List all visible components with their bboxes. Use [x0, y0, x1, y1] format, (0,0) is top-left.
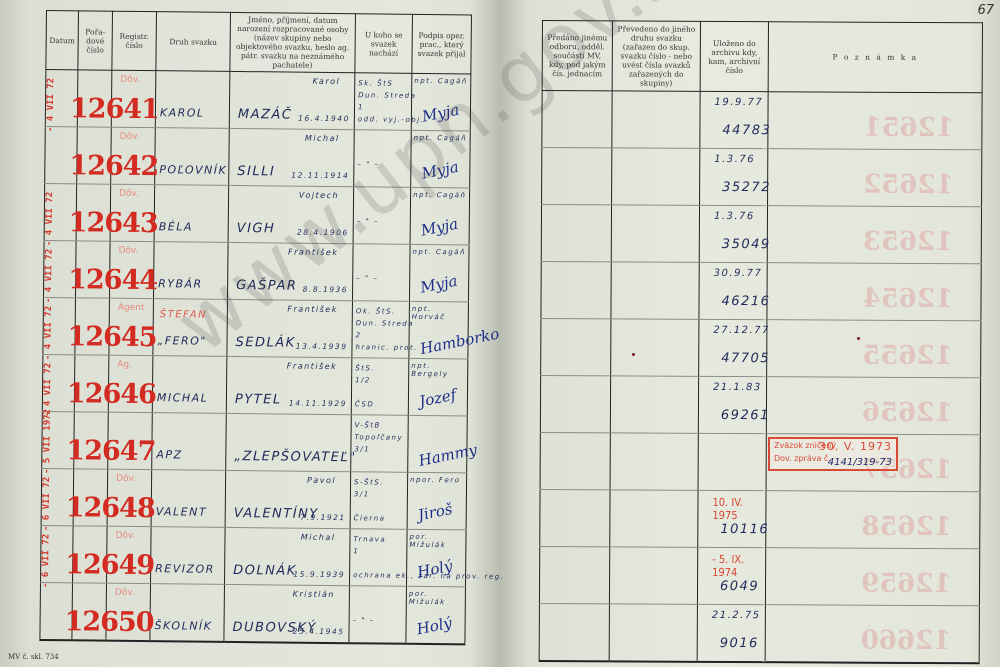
cell-ulozeno: 10. IV. 197510116 — [698, 490, 766, 547]
bleed-through-number: 12652 — [863, 170, 954, 200]
holder-location: – " – — [357, 191, 380, 227]
cell-registr: Agent — [109, 298, 154, 355]
signature: Myja — [419, 215, 459, 240]
ink-dot — [632, 353, 635, 356]
table-row: 12650Dôv.ŠKOLNÍKKristiánDUBOVSKÝ25.4.194… — [40, 582, 466, 643]
file-type-tag: Dôv. — [115, 531, 135, 541]
cover-name: REVIZOR — [155, 562, 215, 576]
holder-location: V-ŠtB Topoľčany 3/1 — [354, 419, 403, 456]
signature: Holý — [415, 613, 453, 638]
cell-jmeno: VojtechVIGH28.4.1906 — [228, 185, 354, 243]
first-name: Karol — [312, 77, 340, 86]
bleed-through-number: 12656 — [861, 398, 952, 428]
bleed-through-number: 12659 — [861, 569, 952, 599]
archive-number: 35272 — [722, 180, 771, 195]
cell-podpis: por. MižulákHolý — [406, 529, 466, 587]
archive-date: 27.12.77 — [713, 325, 770, 336]
left-page: Datum Pořa-dové číslo Registr. číslo Dru… — [0, 0, 498, 667]
archive-number: 47705 — [721, 351, 770, 366]
cell-prevedeno — [610, 376, 698, 433]
table-row: 10. IV. 19751011612658 — [540, 489, 980, 548]
page-number: 67 — [977, 3, 994, 18]
bleed-through-number: 12654 — [862, 284, 953, 314]
bleed-through-number: 12655 — [862, 341, 953, 371]
table-row: 1.3.763527212652 — [542, 148, 982, 207]
date-stamp: - 6 VII 72 — [42, 477, 53, 531]
archive-number: 44783 — [722, 123, 771, 138]
table-row: 21.2.75901612660 — [539, 603, 979, 662]
cell-druh: ŠKOLNÍK — [150, 584, 225, 642]
cell-poznamka: 12651 — [768, 92, 982, 150]
archive-number: 9016 — [720, 635, 759, 650]
birth-date: 28.4.1906 — [297, 228, 349, 238]
archive-date: 21.1.83 — [713, 382, 762, 393]
header-jmeno: Jméno, příjmení, datum narození rozpraco… — [230, 12, 356, 72]
form-code: MV č. skl. 734 — [8, 653, 59, 661]
officer-name: npor. Fero — [410, 476, 460, 485]
cell-poznamka: 12653 — [767, 206, 981, 264]
cell-druh: APZ — [152, 413, 227, 471]
archive-date: 1.3.76 — [714, 211, 755, 222]
cover-name: APZ — [156, 448, 182, 461]
cell-registr: Dôv. — [110, 184, 155, 241]
cell-u-koho: Sk. ŠtS Dun. Streda 1 odd. vyj.-obj. — [354, 73, 412, 131]
cell-poznamka: 12655 — [767, 320, 981, 378]
file-type-tag: Dôv. — [120, 132, 140, 142]
surname: VIGH — [237, 221, 276, 236]
cell-poradove: 12649 — [73, 526, 108, 583]
archive-date: 19.9.77 — [715, 97, 764, 108]
cell-poznamka: 12656 — [766, 377, 980, 435]
cell-podpis: npor. FeroJiroš — [407, 472, 467, 530]
cell-predano — [539, 603, 609, 660]
cell-u-koho: – " – — [349, 586, 407, 644]
table-row: 12642Dôv.POĽOVNÍKMichalSILLI12.11.1914 –… — [45, 126, 471, 187]
signature: Myja — [420, 158, 460, 183]
cell-poradove: 12643 — [76, 184, 111, 241]
cell-registr: Dôv. — [111, 127, 156, 184]
cell-jmeno: MichalDOLNÁK15.9.1939 — [224, 527, 350, 585]
surname: „ZLEPŠOVATEĽ" — [234, 449, 356, 465]
cell-registr: Dôv. — [107, 526, 152, 583]
archive-number: 6049 — [720, 579, 759, 594]
holder-location: S-ŠtS. 3/1 Čierna — [354, 476, 386, 524]
cell-druh: REVIZOR — [150, 527, 225, 585]
header-registr-cislo: Registr. číslo — [112, 11, 157, 70]
date-stamp: - 4 VII 72 — [44, 249, 55, 303]
date-stamp: - 6 VII 72 — [41, 534, 52, 588]
table-row: - 4 VII 7212645AgentŠTEFAN„FERO"Františe… — [43, 297, 469, 358]
cell-jmeno: KristiánDUBOVSKÝ25.4.1945 — [224, 584, 350, 642]
cell-u-koho: Ok. ŠtS. Dun. Streda 2 hranic. prot. — [352, 301, 410, 359]
cell-poradove: 12645 — [75, 298, 110, 355]
cover-name: POĽOVNÍK — [159, 163, 227, 177]
cell-podpis: npt. BergelyJozef — [408, 358, 468, 416]
file-type-tag: Dôv. — [118, 246, 138, 256]
table-row: - 4 VII 7212643Dôv.BÉLAVojtechVIGH28.4.1… — [44, 183, 470, 244]
officer-name: por. Mižulák — [409, 533, 465, 550]
cell-registr: Dôv. — [111, 70, 156, 127]
bleed-through-number: 12653 — [862, 227, 953, 257]
cell-predano — [540, 432, 610, 489]
bleed-through-number: 12658 — [861, 512, 952, 542]
cover-name: ŠKOLNÍK — [154, 619, 212, 633]
file-type-tag: Dôv. — [115, 588, 135, 598]
file-type-tag: Ag. — [117, 360, 132, 370]
cell-u-koho: Trnava 1 ochrana ek., zar. na prov. reg. — [349, 529, 407, 587]
surname: DOLNÁK — [233, 563, 297, 579]
cell-druh: POĽOVNÍK — [155, 128, 230, 186]
holder-location: ŠtS. 1/2 ČSD — [355, 362, 379, 410]
file-destroyed-stamp: Zväzok zničený 30. V. 1973 Dov. zpráva č… — [768, 437, 898, 471]
archive-number: 35049 — [722, 237, 771, 252]
table-row: 1.3.763504912653 — [541, 205, 981, 264]
officer-name: npt. Horváč — [412, 305, 468, 322]
file-type-tag: Dôv. — [119, 189, 139, 199]
table-row: - 6 VII 7212648Dôv.VALENTPavolVALENTÍNY7… — [41, 468, 467, 529]
cell-poradove: 12648 — [73, 469, 108, 526]
cell-ulozeno: - 5. IX. 19746049 — [697, 547, 765, 604]
surname: SEDLÁK — [235, 335, 295, 351]
cell-jmeno: FrantišekSEDLÁK13.4.1939 — [227, 299, 353, 357]
holder-location: – " – — [353, 590, 376, 626]
holder-location: – " – — [356, 248, 379, 284]
table-row: - 4 VII 7212644Dôv.RYBÁRFrantišekGAŠPAR8… — [43, 240, 469, 301]
cell-predano — [542, 148, 612, 205]
table-row: 21.1.836926112656 — [540, 375, 980, 434]
cell-prevedeno — [612, 91, 700, 148]
cell-ulozeno: 19.9.7744783 — [700, 91, 768, 148]
cell-jmeno: FrantišekGAŠPAR8.8.1936 — [227, 242, 353, 300]
cell-ulozeno — [698, 433, 766, 490]
cell-jmeno: „ZLEPŠOVATEĽ" — [226, 413, 352, 471]
cell-podpis: npt. HorváčHamborko — [409, 301, 469, 359]
cell-u-koho: S-ŠtS. 3/1 Čierna — [350, 472, 408, 530]
cell-poznamka: 12659 — [765, 548, 979, 606]
cell-jmeno: PavolVALENTÍNY7.9.1921 — [225, 470, 351, 528]
cell-druh: KAROL — [155, 71, 230, 129]
header-poznamka: P o z n á m k a — [768, 22, 982, 93]
cell-druh: VALENT — [151, 470, 226, 528]
cell-prevedeno — [610, 433, 698, 490]
signature: Jiroš — [416, 500, 454, 525]
header-ulozeno: Uloženo do archivu kdy, kam, archivní čí… — [700, 21, 768, 91]
birth-date: 13.4.1939 — [296, 342, 348, 352]
cell-predano — [541, 318, 611, 375]
archive-number: 46216 — [721, 294, 770, 309]
birth-date: 12.11.1914 — [291, 171, 349, 181]
cell-registr: Dôv. — [107, 469, 152, 526]
cell-registr: Dôv. — [106, 583, 151, 640]
table-row: - 4 VII 7212641Dôv.KAROLKarolMAZÁČ16.4.1… — [45, 70, 471, 131]
cell-jmeno: MichalSILLI12.11.1914 — [229, 128, 355, 186]
cell-podpis: npt. CagáňMyja — [410, 187, 470, 245]
cover-name: BÉLA — [159, 220, 193, 233]
header-druh-svazku: Druh svazku — [156, 12, 231, 72]
signature: Hamborko — [419, 325, 501, 358]
cell-podpis: npt. CagáňMyja — [409, 244, 469, 302]
archive-date: 1.3.76 — [714, 154, 755, 165]
cell-predano — [539, 546, 609, 603]
signature: Holý — [416, 557, 454, 582]
table-row: 30.9.774621612654 — [541, 261, 981, 320]
cell-podpis: por. MižulákHolý — [406, 586, 466, 644]
table-header-row: Předáno jinému odboru, odděl. součásti M… — [542, 21, 982, 93]
surname: GAŠPAR — [236, 278, 297, 294]
table-row: - 4 VII 7212646Ag.MICHALFrantišekPYTEL14… — [42, 354, 468, 415]
archive-number: 10116 — [720, 522, 769, 537]
cell-poznamka: 12658 — [766, 491, 980, 549]
cell-jmeno: FrantišekPYTEL14.11.1929 — [226, 356, 352, 414]
cell-prevedeno — [610, 490, 698, 547]
signature: Hammy — [417, 441, 478, 470]
surname: SILLI — [237, 164, 275, 179]
cell-u-koho: – " – — [353, 187, 411, 245]
officer-name: npt. Cagáň — [414, 77, 468, 86]
officer-name: npt. Cagáň — [413, 191, 467, 200]
cell-poradove: 12647 — [74, 412, 109, 469]
cell-prevedeno — [612, 148, 700, 205]
cell-u-koho: ŠtS. 1/2 ČSD — [351, 358, 409, 416]
file-type-tag: Dôv. — [120, 75, 140, 85]
birth-date: 15.9.1939 — [293, 570, 345, 580]
archive-date: 30.9.77 — [714, 268, 763, 279]
surname: PYTEL — [235, 392, 282, 407]
cell-ulozeno: 27.12.7747705 — [699, 319, 767, 376]
cell-predano — [541, 205, 611, 262]
header-datum: Datum — [46, 11, 79, 70]
cover-name: MICHAL — [157, 391, 208, 405]
officer-name: npt. Cagáň — [414, 134, 468, 143]
header-poradove-cislo: Pořa-dové číslo — [78, 11, 113, 70]
surname: MAZÁČ — [238, 107, 293, 123]
first-name: Michal — [301, 533, 336, 542]
cell-prevedeno — [609, 604, 697, 661]
archive-date: 21.2.75 — [712, 610, 761, 621]
registration-table: Datum Pořa-dové číslo Registr. číslo Dru… — [39, 10, 472, 645]
cell-registr — [108, 412, 153, 469]
first-name: Michal — [305, 134, 340, 143]
date-stamp: - 4 VII 72 — [46, 78, 57, 132]
officer-name: npt. Bergely — [411, 362, 467, 379]
ink-dot — [857, 337, 860, 340]
header-predano: Předáno jinému odboru, odděl. součásti M… — [542, 21, 612, 91]
cell-poradove: 12646 — [74, 355, 109, 412]
cell-podpis: Hammy — [408, 415, 468, 473]
first-name: Vojtech — [299, 191, 339, 200]
first-name: Kristián — [293, 590, 335, 599]
table-header-row: Datum Pořa-dové číslo Registr. číslo Dru… — [46, 11, 472, 74]
cell-poradove: 12644 — [75, 241, 110, 298]
first-name: Pavol — [307, 476, 336, 485]
file-type-tag: Dôv. — [116, 474, 136, 484]
officer-name: npt. Cagáň — [412, 248, 466, 257]
first-name: František — [287, 362, 338, 372]
officer-name: por. Mižulák — [409, 590, 465, 607]
cell-druh: BÉLA — [154, 185, 229, 243]
table-row: - 5 VII 197212647APZ„ZLEPŠOVATEĽ"V-ŠtB T… — [42, 411, 468, 472]
cell-ulozeno: 21.2.759016 — [697, 604, 765, 661]
signature: Myja — [419, 272, 459, 297]
first-name: František — [287, 305, 338, 315]
date-stamp: - 4 VII 72 — [45, 192, 56, 246]
first-name: František — [288, 248, 339, 258]
cell-ulozeno: 1.3.7635272 — [700, 148, 768, 205]
header-podpis: Podpis oper. prac., který svazek přijal — [412, 14, 472, 74]
cell-prevedeno — [611, 319, 699, 376]
cell-jmeno: KarolMAZÁČ16.4.1940 — [229, 71, 355, 129]
cover-name: VALENT — [156, 505, 207, 519]
cell-poradove: 12650 — [72, 583, 107, 640]
holder-location: – " – — [357, 134, 380, 170]
signature: Myja — [421, 101, 461, 126]
cell-u-koho: V-ŠtB Topoľčany 3/1 — [351, 415, 409, 473]
cover-name: KAROL — [160, 106, 205, 119]
cell-predano — [540, 489, 610, 546]
cell-u-koho: – " – — [354, 130, 412, 188]
table-row: 19.9.774478312651 — [542, 91, 982, 150]
table-row: - 6 VII 7212649Dôv.REVIZORMichalDOLNÁK15… — [41, 525, 467, 586]
cell-registr: Ag. — [108, 355, 153, 412]
archive-date: - 5. IX. 1974 — [712, 553, 765, 579]
cell-poznamka: 12660 — [765, 605, 979, 663]
right-page: 67 Předáno jinému odboru, odděl. součást… — [502, 0, 1000, 667]
cell-ulozeno: 30.9.7746216 — [699, 262, 767, 319]
cell-u-koho: – " – — [352, 244, 410, 302]
cell-registr: Dôv. — [109, 241, 154, 298]
cell-druh: MICHAL — [152, 356, 227, 414]
cell-poznamka: 12654 — [767, 263, 981, 321]
date-stamp: - 5 VII 1972 — [42, 409, 53, 474]
file-type-tag: Agent — [118, 303, 145, 313]
date-stamp: - 4 VII 72 — [43, 306, 54, 360]
birth-date: 8.8.1936 — [303, 285, 348, 294]
cell-poznamka: 12652 — [768, 149, 982, 207]
archive-table: Předáno jinému odboru, odděl. součásti M… — [539, 20, 983, 664]
bleed-through-number: 12660 — [860, 625, 951, 655]
bleed-through-number: 12651 — [863, 113, 954, 143]
cover-name: „FERO" — [157, 334, 206, 348]
cell-ulozeno: 1.3.7635049 — [699, 205, 767, 262]
cover-name: RYBÁR — [158, 277, 203, 290]
cover-name-alt: ŠTEFAN — [160, 309, 207, 320]
cell-predano — [540, 375, 610, 432]
cell-podpis: npt. CagáňMyja — [411, 130, 471, 188]
table-row: 27.12.774770512655 — [541, 318, 981, 377]
birth-date: 7.9.1921 — [300, 513, 345, 522]
cell-poradove: 12641 — [77, 70, 112, 127]
birth-date: 14.11.1929 — [289, 399, 347, 409]
table-row: 12657 — [540, 432, 980, 491]
cell-prevedeno — [609, 547, 697, 604]
cell-ulozeno: 21.1.8369261 — [698, 376, 766, 433]
cell-druh: ŠTEFAN„FERO" — [153, 299, 228, 357]
header-prevedeno: Převedeno do jiného druhu svazku (zařaze… — [612, 21, 700, 91]
cell-podpis: npt. CagáňMyja — [411, 73, 471, 131]
header-u-koho: U koho se svazek nachází — [355, 14, 413, 74]
birth-date: 16.4.1940 — [298, 114, 350, 124]
cell-prevedeno — [611, 262, 699, 319]
cell-prevedeno — [611, 205, 699, 262]
archive-number: 69261 — [721, 408, 770, 423]
birth-date: 25.4.1945 — [293, 626, 345, 636]
cell-predano — [541, 261, 611, 318]
table-row: - 5. IX. 1974604912659 — [539, 546, 979, 605]
cell-druh: RYBÁR — [153, 242, 228, 300]
signature: Jozef — [418, 386, 458, 411]
cell-poradove: 12642 — [77, 127, 112, 184]
cell-predano — [542, 91, 612, 148]
archive-date: 10. IV. 1975 — [712, 496, 765, 522]
